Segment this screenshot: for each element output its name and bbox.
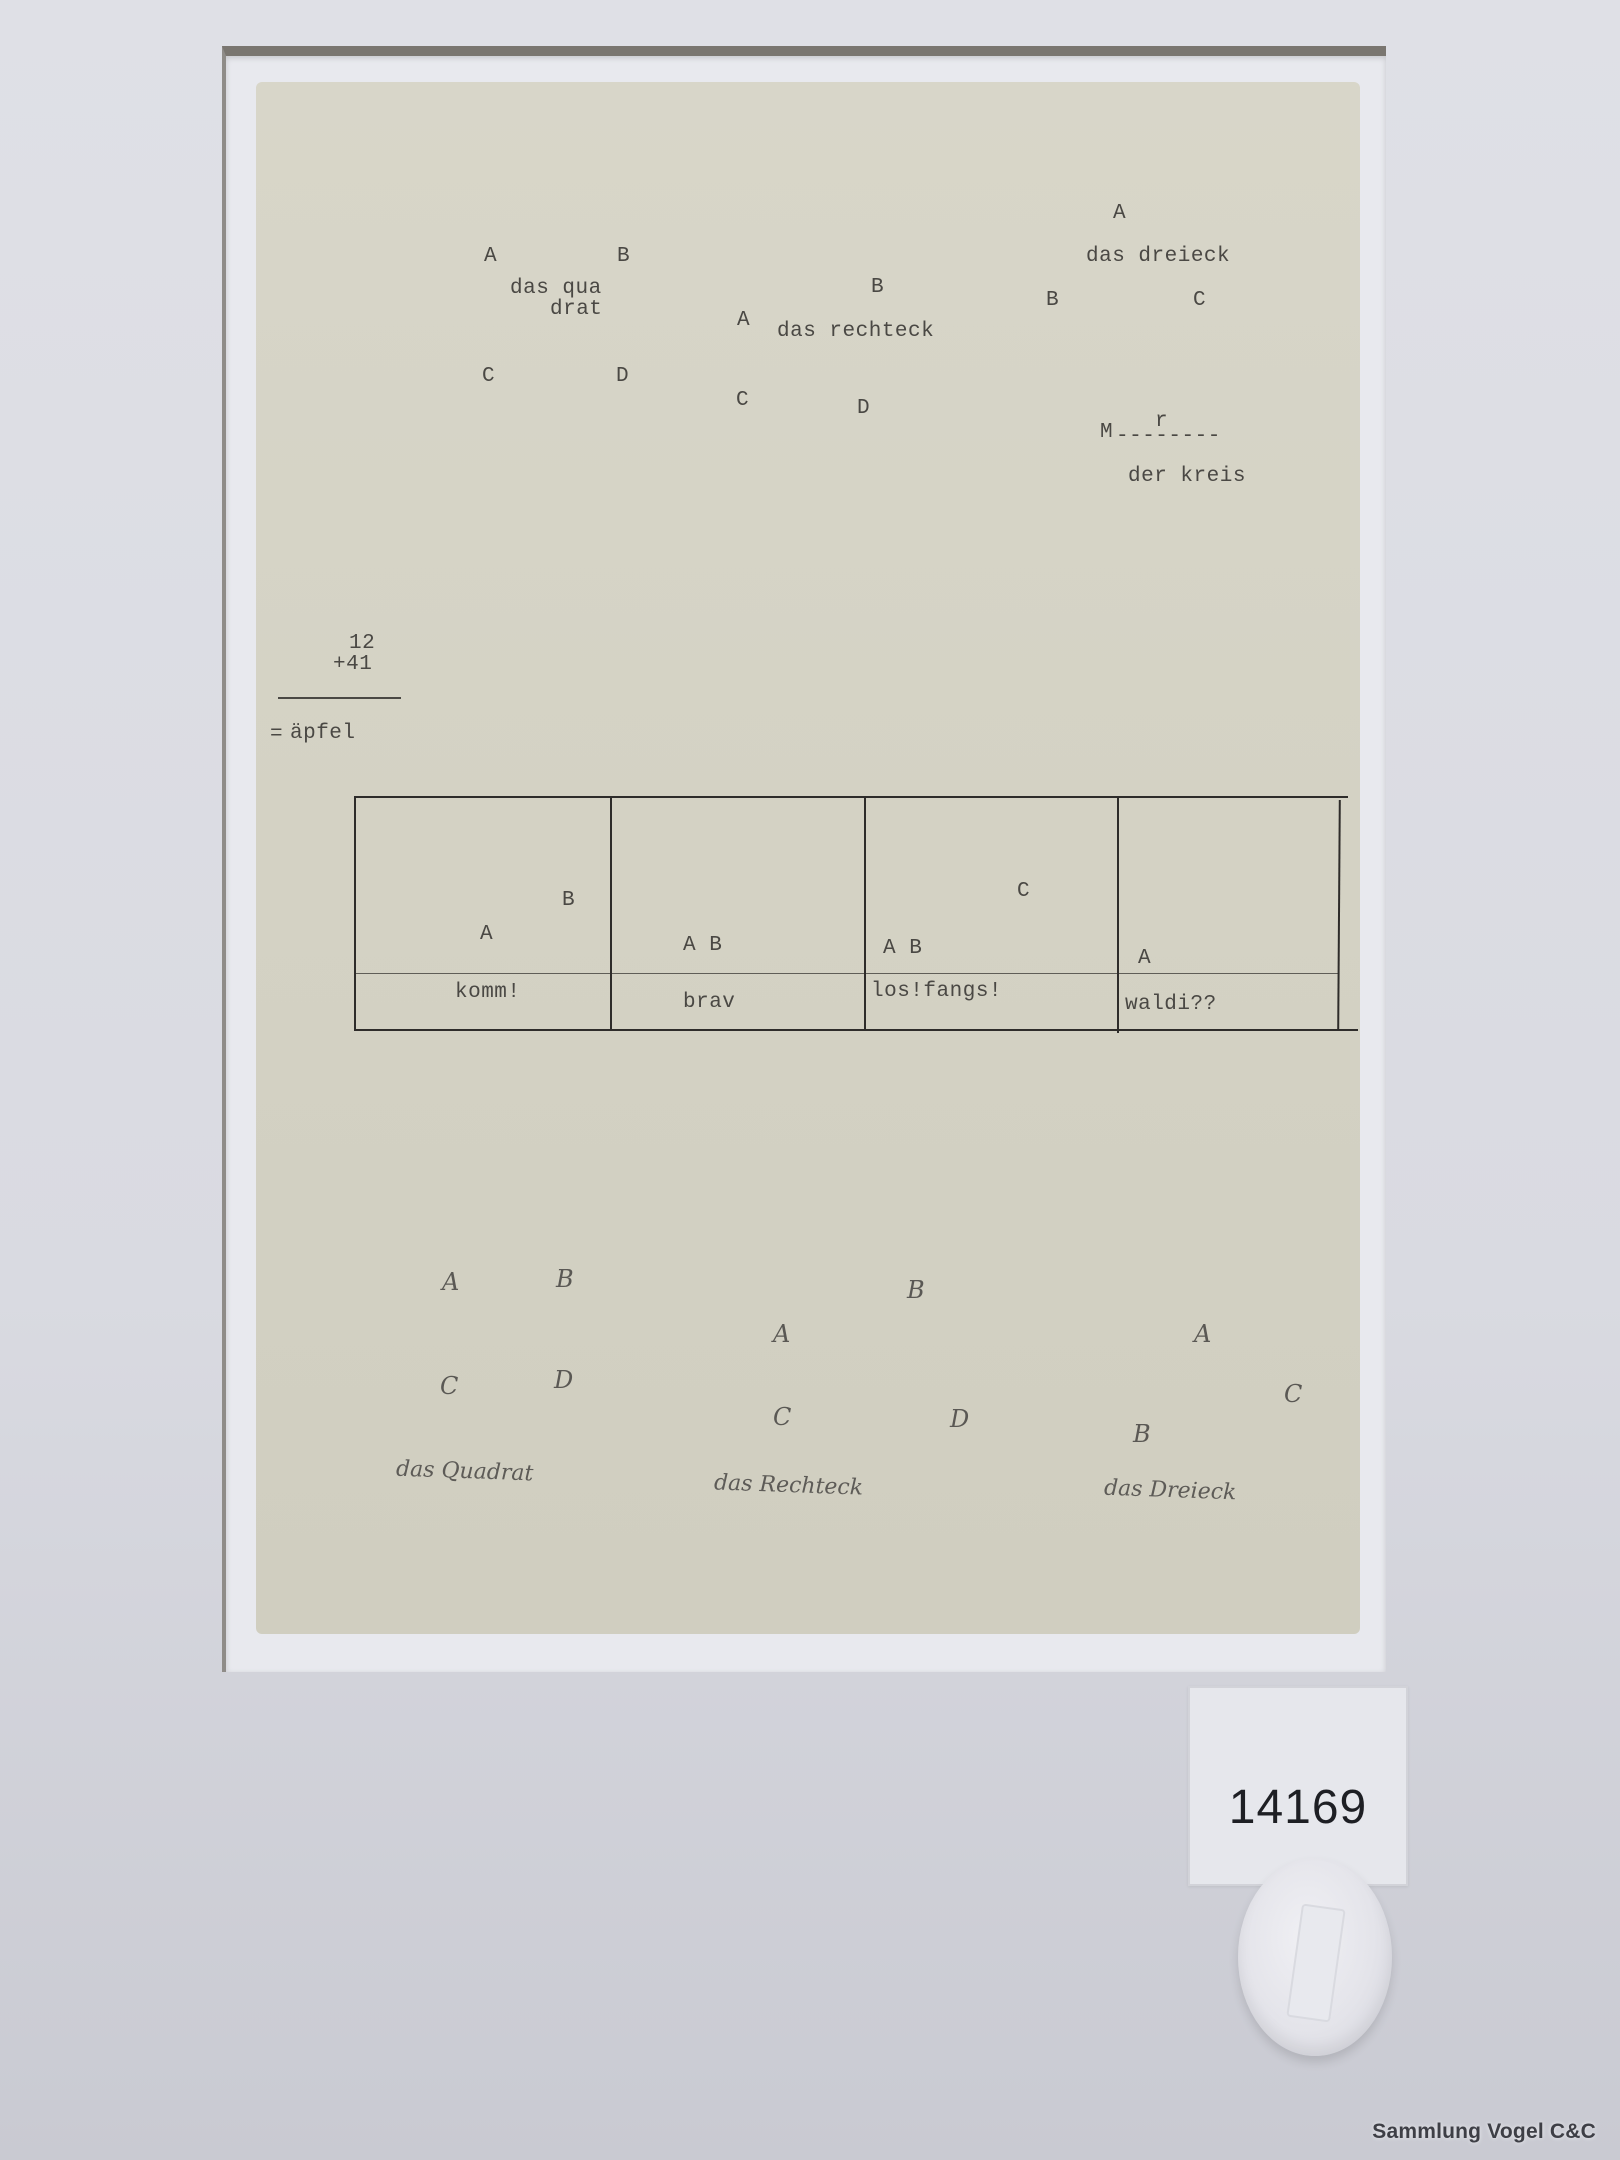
inventory-number: 14169 [1190, 1780, 1406, 1835]
hand-triangle-point-a: A [1194, 1322, 1211, 1346]
rectangle-point-d: D [857, 398, 870, 419]
panel-2-points: A B [683, 935, 722, 956]
table-top-border [354, 796, 1348, 798]
hand-rectangle-point-b: B [907, 1278, 925, 1302]
table-bottom-border [354, 1029, 1358, 1031]
square-point-c: C [482, 366, 495, 387]
magnet-grip [1286, 1903, 1345, 2022]
hand-square-label: das Quadrat [396, 1459, 534, 1486]
hand-square-point-d: D [554, 1368, 573, 1392]
square-point-b: B [617, 246, 630, 267]
square-label-line2: drat [550, 299, 602, 320]
sum-equals: = [270, 724, 283, 745]
circle-radius-label: r [1155, 411, 1168, 432]
square-label-line1: das qua [510, 278, 602, 299]
hand-rectangle-label: das Rechteck [714, 1472, 864, 1499]
circle-center-m: M [1100, 422, 1113, 443]
table-divider-1 [610, 796, 612, 1031]
triangle-label: das dreieck [1086, 246, 1230, 267]
mounting-magnet-icon [1238, 1858, 1392, 2056]
table-left-border [354, 796, 356, 1031]
rectangle-point-b: B [871, 277, 884, 298]
panel-1-point-a: A [480, 924, 493, 945]
inventory-label-card: 14169 [1188, 1686, 1408, 1886]
triangle-point-a: A [1113, 203, 1126, 224]
sum-line-1: 12 [349, 633, 375, 654]
hand-rectangle-point-d: D [950, 1407, 969, 1431]
hand-triangle-point-b: B [1133, 1422, 1151, 1446]
collection-watermark: Sammlung Vogel C&C [1372, 2120, 1596, 2144]
hand-rectangle-point-c: C [773, 1405, 791, 1429]
sum-line-2: +41 [333, 654, 372, 675]
panel-3-points-ab: A B [883, 938, 922, 959]
sum-result: äpfel [290, 723, 356, 744]
hand-square-point-b: B [556, 1267, 574, 1291]
hand-square-point-c: C [440, 1374, 458, 1398]
sum-underline [278, 697, 401, 699]
hand-square-point-a: A [442, 1270, 459, 1294]
rectangle-point-a: A [737, 310, 750, 331]
square-point-a: A [484, 246, 497, 267]
circle-label: der kreis [1128, 466, 1246, 487]
panel-3-caption: los!fangs! [871, 981, 1002, 1002]
panel-4-point-a: A [1138, 948, 1151, 969]
document-sheet [256, 82, 1360, 1634]
panel-1-point-b: B [562, 890, 575, 911]
triangle-point-b: B [1046, 290, 1059, 311]
table-divider-2 [864, 798, 866, 1031]
panel-4-caption: waldi?? [1125, 994, 1217, 1015]
hand-triangle-point-c: C [1284, 1382, 1302, 1406]
table-divider-3 [1117, 798, 1119, 1033]
hand-triangle-label: das Dreieck [1104, 1478, 1237, 1505]
triangle-point-c: C [1193, 290, 1206, 311]
panel-1-caption: komm! [455, 982, 521, 1003]
circle-radius-line: -------- [1116, 426, 1221, 447]
table-caption-divider [354, 973, 1338, 974]
rectangle-label: das rechteck [777, 321, 934, 342]
rectangle-point-c: C [736, 390, 749, 411]
panel-2-caption: brav [683, 992, 735, 1013]
hand-rectangle-point-a: A [773, 1322, 790, 1346]
panel-3-point-c: C [1017, 881, 1030, 902]
square-point-d: D [616, 366, 629, 387]
